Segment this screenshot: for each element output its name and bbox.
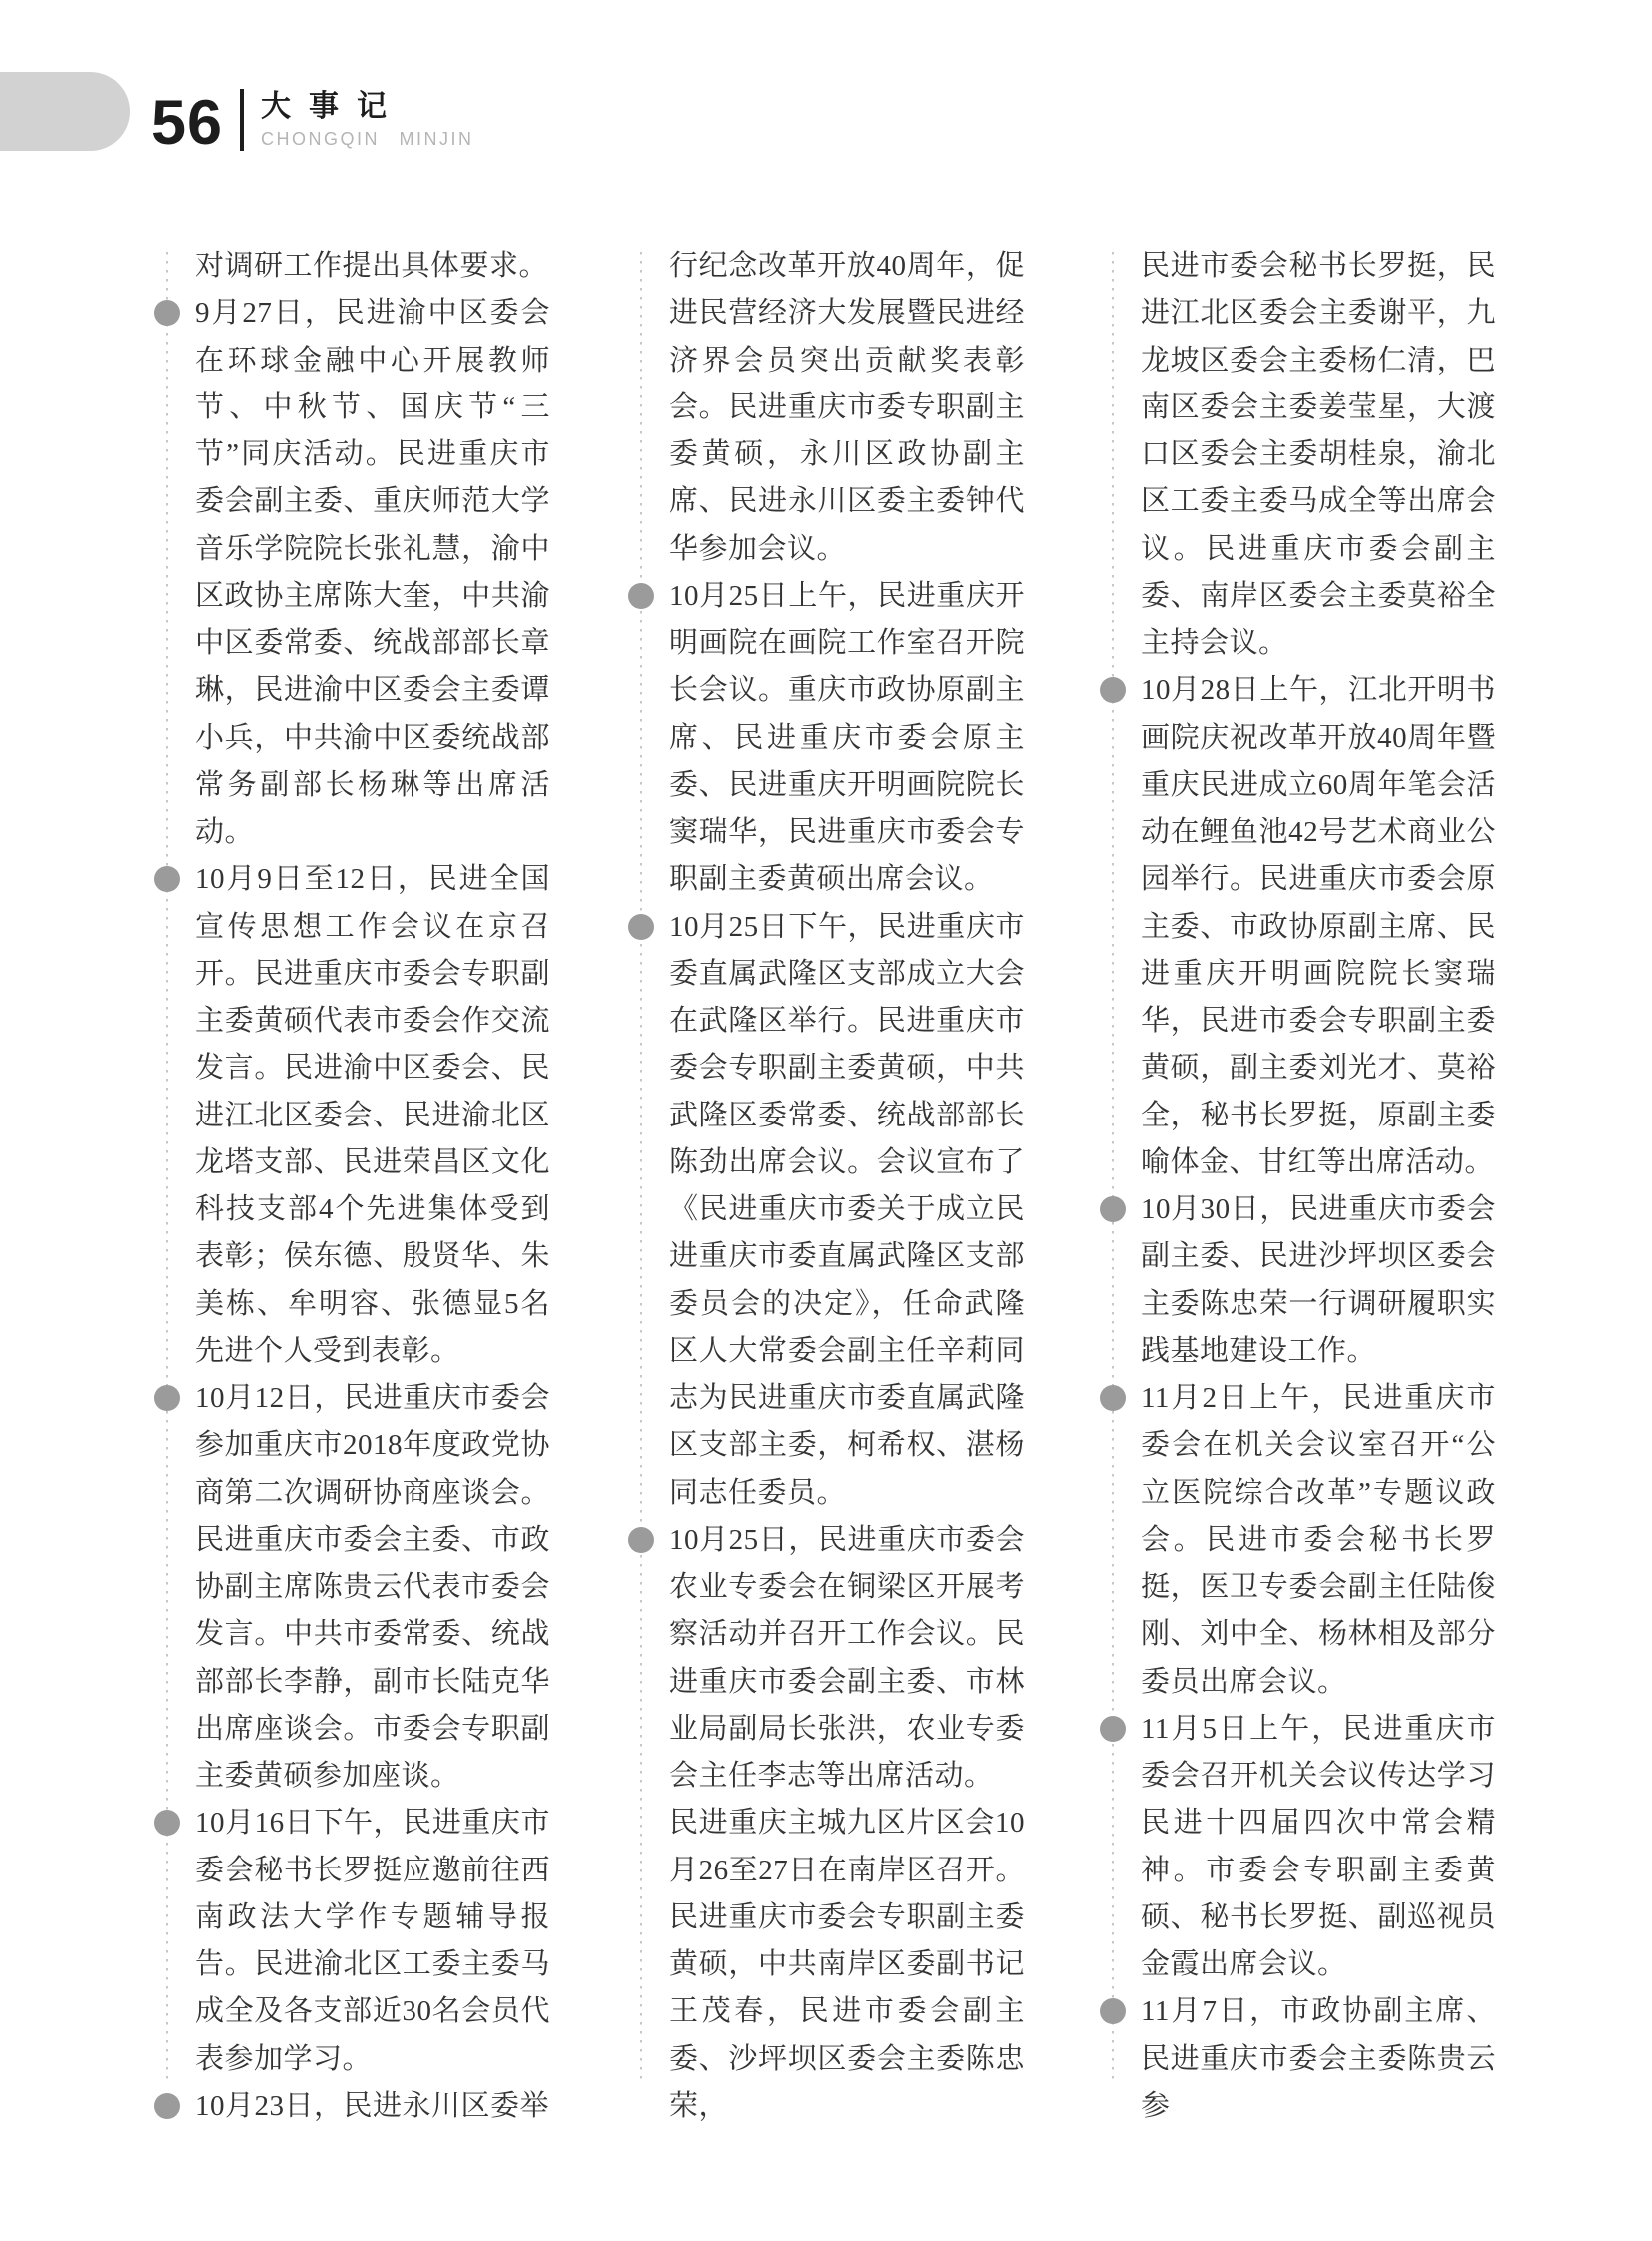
event-paragraph: 10月12日，民进重庆市委会参加重庆市2018年度政党协商第二次调研协商座谈会。…	[195, 1375, 550, 1800]
bullet-dot-icon	[628, 914, 654, 940]
event-paragraph: 民进重庆主城九区片区会10月26至27日在南岸区召开。民进重庆市委会专职副主委黄…	[669, 1800, 1025, 2130]
event-paragraph: 行纪念改革开放40周年，促进民营经济大发展暨民进经济界会员突出贡献奖表彰会。民进…	[669, 243, 1025, 573]
bullet-dot-icon	[154, 300, 180, 326]
column-dotted-rail	[166, 252, 168, 2081]
event-paragraph: 10月28日上午，江北开明书画院庆祝改革开放40周年暨重庆民进成立60周年笔会活…	[1141, 667, 1496, 1186]
bullet-dot-icon	[154, 1810, 180, 1836]
event-paragraph: 10月16日下午，民进重庆市委会秘书长罗挺应邀前往西南政法大学作专题辅导报告。民…	[195, 1800, 550, 2083]
text-column-1: 对调研工作提出具体要求。9月27日，民进渝中区委会在环球金融中心开展教师节、中秋…	[195, 243, 550, 2130]
event-paragraph: 对调研工作提出具体要求。	[195, 243, 550, 290]
bullet-dot-icon	[1100, 1196, 1126, 1222]
section-subtitle: CHONGQIN MINJIN	[261, 130, 474, 150]
bullet-dot-icon	[628, 1527, 654, 1553]
bullet-dot-icon	[1100, 677, 1126, 703]
bullet-dot-icon	[1100, 1385, 1126, 1411]
header-pill-decoration	[0, 72, 130, 151]
column-dotted-rail	[640, 252, 642, 2081]
event-paragraph: 10月25日上午，民进重庆开明画院在画院工作室召开院长会议。重庆市政协原副主席、…	[669, 573, 1025, 904]
event-paragraph: 10月30日，民进重庆市委会副主委、民进沙坪坝区委会主委陈忠荣一行调研履职实践基…	[1141, 1186, 1496, 1375]
event-paragraph: 9月27日，民进渝中区委会在环球金融中心开展教师节、中秋节、国庆节“三节”同庆活…	[195, 290, 550, 856]
page-number: 56	[151, 92, 223, 155]
event-paragraph: 民进市委会秘书长罗挺，民进江北区委会主委谢平，九龙坡区委会主委杨仁清，巴南区委会…	[1141, 243, 1496, 667]
text-column-2: 行纪念改革开放40周年，促进民营经济大发展暨民进经济界会员突出贡献奖表彰会。民进…	[669, 243, 1025, 2130]
event-paragraph: 11月7日，市政协副主席、民进重庆市委会主委陈贵云参	[1141, 1988, 1496, 2130]
bullet-dot-icon	[628, 583, 654, 609]
event-paragraph: 10月25日下午，民进重庆市委直属武隆区支部成立大会在武隆区举行。民进重庆市委会…	[669, 904, 1025, 1517]
section-title: 大事记	[261, 90, 405, 125]
event-paragraph: 10月9日至12日，民进全国宣传思想工作会议在京召开。民进重庆市委会专职副主委黄…	[195, 856, 550, 1375]
event-paragraph: 11月2日上午，民进重庆市委会在机关会议室召开“公立医院综合改革”专题议政会。民…	[1141, 1375, 1496, 1706]
bullet-dot-icon	[1100, 1998, 1126, 2024]
bullet-dot-icon	[154, 1385, 180, 1411]
bullet-dot-icon	[154, 866, 180, 892]
bullet-dot-icon	[1100, 1716, 1126, 1742]
header-divider	[240, 89, 244, 151]
magazine-page: 56 大事记 CHONGQIN MINJIN 对调研工作提出具体要求。9月27日…	[0, 0, 1652, 2241]
text-column-3: 民进市委会秘书长罗挺，民进江北区委会主委谢平，九龙坡区委会主委杨仁清，巴南区委会…	[1141, 243, 1496, 2130]
event-paragraph: 11月5日上午，民进重庆市委会召开机关会议传达学习民进十四届四次中常会精神。市委…	[1141, 1706, 1496, 1989]
event-paragraph: 10月25日，民进重庆市委会农业专委会在铜梁区开展考察活动并召开工作会议。民进重…	[669, 1517, 1025, 1801]
bullet-dot-icon	[154, 2093, 180, 2119]
column-dotted-rail	[1112, 252, 1114, 2081]
event-paragraph: 10月23日，民进永川区委举	[195, 2083, 550, 2130]
